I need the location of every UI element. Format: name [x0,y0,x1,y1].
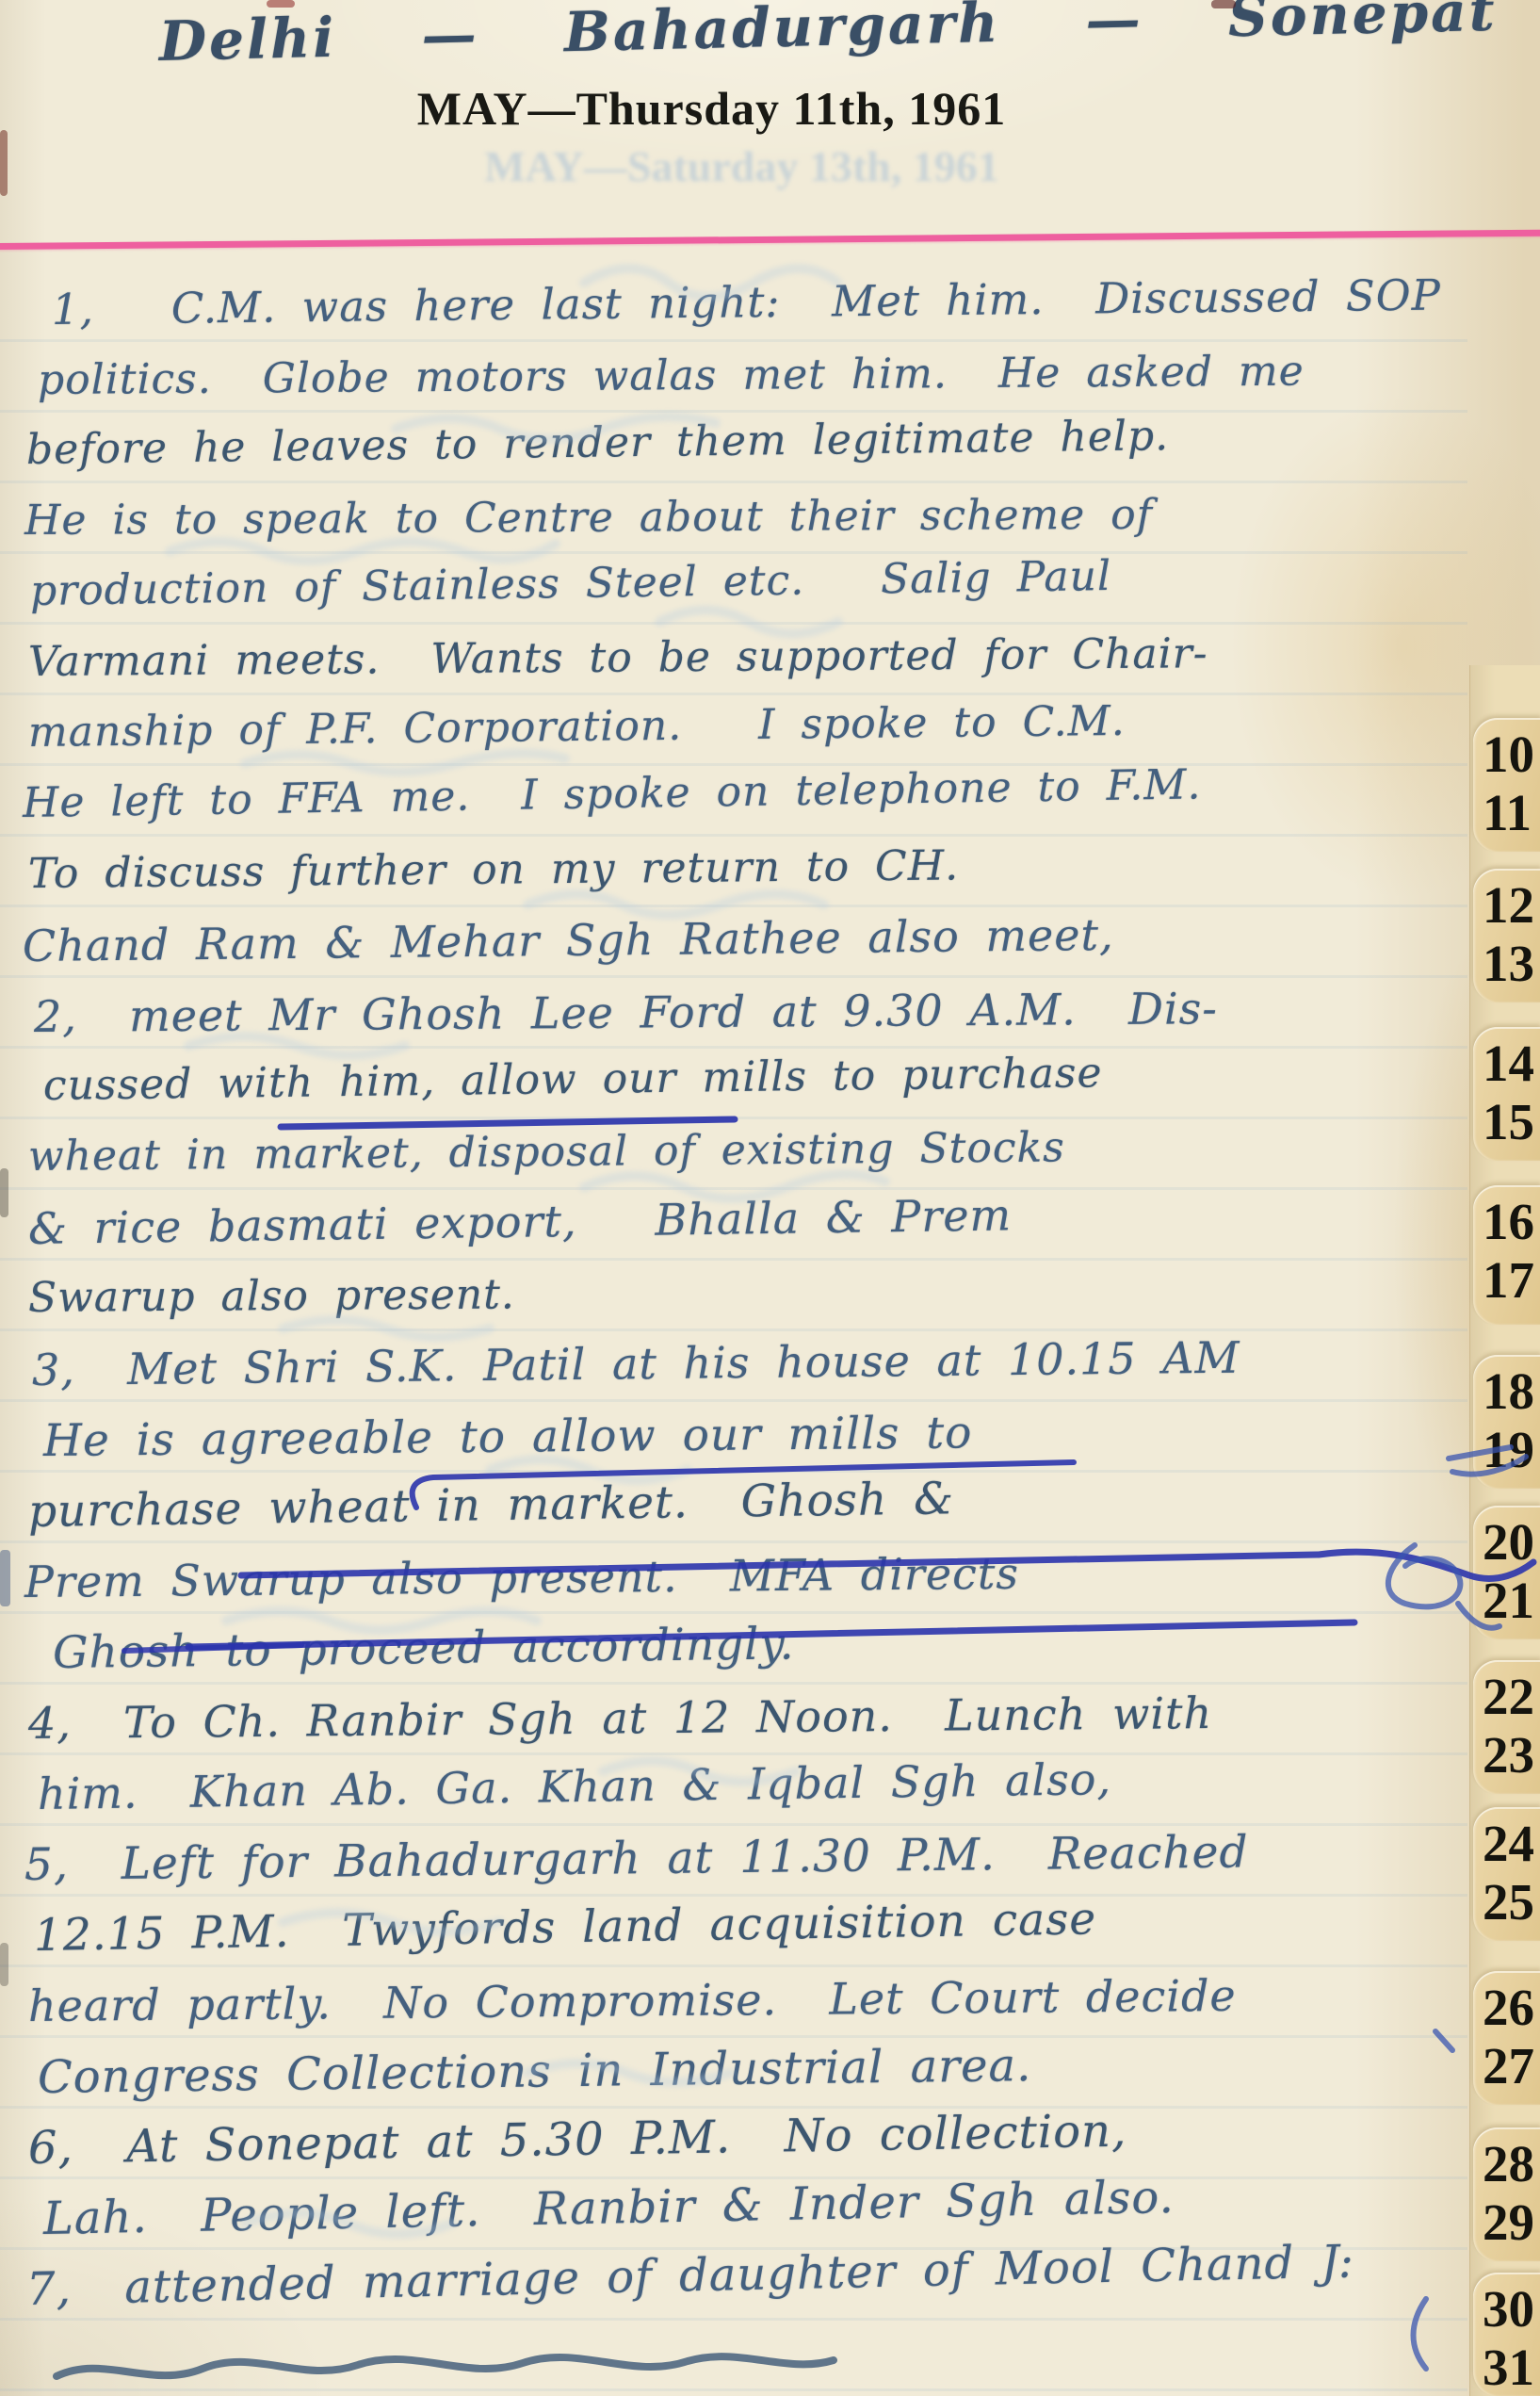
diary-line: 3, Met Shri S.K. Patil at his house at 1… [32,1332,1240,1395]
scribble [1388,1545,1460,1606]
partial-bottom-line-strokes [57,2356,834,2376]
diary-line: production of Stainless Steel etc. Salig… [30,552,1112,615]
tab-number: 18 [1473,1362,1540,1421]
diary-line: 6, At Sonepat at 5.30 P.M. No collection… [28,2105,1127,2175]
diary-line: Chand Ram & Mehar Sgh Rathee also meet, [23,909,1114,971]
pink-rule-line [0,230,1540,250]
tab-number: 27 [1473,2037,1540,2095]
tab-number: 31 [1473,2339,1540,2396]
date-tab-16-17: 1617 [1473,1185,1540,1325]
date-tab-12-13: 1213 [1473,869,1540,1002]
date-tab-28-29: 2829 [1473,2127,1540,2261]
scribble [1435,2031,1452,2050]
diary-line: Varmani meets. Wants to be supported for… [28,629,1208,686]
tab-number: 19 [1473,1421,1540,1479]
ghost-stroke [659,611,838,634]
tab-number: 20 [1473,1513,1540,1572]
tab-number: 26 [1473,1979,1540,2037]
tab-number: 10 [1473,725,1540,784]
diary-line: To discuss further on my return to CH. [28,841,960,898]
edge-ink-mark [0,1550,10,1606]
diary-line: Swarup also present. [28,1270,515,1322]
tab-number: 17 [1473,1251,1540,1310]
diary-line: manship of P.F. Corporation. I spoke to … [28,697,1126,757]
tab-number: 29 [1473,2193,1540,2252]
underline-ghosh-lee-ford [281,1119,735,1127]
tab-number: 30 [1473,2280,1540,2339]
printed-date-header: MAY—Thursday 11th, 1961 [0,81,1482,136]
tab-number: 28 [1473,2135,1540,2193]
diary-line: heard partly. No Compromise. Let Court d… [28,1970,1237,2031]
tab-number: 16 [1473,1193,1540,1251]
diary-line: purchase wheat in market. Ghosh & [28,1473,955,1538]
date-tab-18-19: 1819 [1473,1355,1540,1489]
show-through-date-header: MAY—Saturday 13th, 1961 [0,141,1512,191]
diary-line: & rice basmati export, Bhalla & Prem [28,1189,1013,1254]
tab-number: 14 [1473,1035,1540,1093]
diary-line: politics. Globe motors walas met him. He… [38,348,1305,404]
date-tab-30-31: 3031 [1473,2273,1540,2396]
tab-number: 12 [1473,876,1540,935]
diary-page-scan: Delhi — Bahadurgarh — Sonepat — CH MAY—S… [0,0,1540,2396]
diary-line: 12.15 P.M. Twyfords land acquisition cas… [34,1893,1097,1962]
diary-line: 2, meet Mr Ghosh Lee Ford at 9.30 A.M. D… [34,983,1218,1042]
diary-line: him. Khan Ab. Ga. Khan & Iqbal Sgh also, [38,1753,1112,1819]
tab-number: 21 [1473,1572,1540,1630]
diary-line: Lah. People left. Ranbir & Inder Sgh als… [42,2171,1175,2245]
diary-line: 5, Left for Bahadurgarh at 11.30 P.M. Re… [24,1826,1249,1891]
edge-ink-mark [0,1168,8,1217]
diary-line: He left to FFA me. I spoke on telephone … [23,760,1202,827]
ghost-stroke [170,542,556,561]
diary-line: cussed with him, allow our mills to purc… [43,1049,1103,1110]
diary-line: before he leaves to render them legitima… [26,412,1170,474]
handwritten-route-header: Delhi — Bahadurgarh — Sonepat — CH [158,0,1478,73]
scribble [1414,2299,1427,2369]
diary-line: Ghosh to proceed accordingly. [53,1618,795,1679]
diary-line: 1, C.M. was here last night: Met him. Di… [52,270,1441,334]
tab-number: 24 [1473,1815,1540,1873]
diary-line: Prem Swarup also present. MFA directs [24,1548,1019,1607]
diary-line: He is agreeable to allow our mills to [43,1407,973,1467]
date-tab-22-23: 2223 [1473,1660,1540,1794]
edge-ink-mark [1211,0,1236,8]
date-tab-24-25: 2425 [1473,1807,1540,1941]
ghost-stroke [283,1320,490,1337]
tab-number: 11 [1473,784,1540,842]
partial-stroke [57,2356,834,2376]
edge-ink-mark [0,1943,8,1986]
tab-number: 15 [1473,1093,1540,1151]
date-tab-26-27: 2627 [1473,1971,1540,2105]
diary-line: wheat in market, disposal of existing St… [28,1123,1065,1181]
date-tab-strip: 1011 1213 1415 1617 1819 2021 2223 2425 … [1469,665,1540,2396]
diary-line: 4, To Ch. Ranbir Sgh at 12 Noon. Lunch w… [28,1687,1213,1749]
tab-number: 22 [1473,1668,1540,1726]
edge-ink-mark [0,130,8,196]
diary-line: He is to speak to Centre about their sch… [24,491,1153,545]
edge-ink-mark [267,0,295,8]
diary-line: Congress Collections in Industrial area. [38,2039,1032,2104]
date-tab-14-15: 1415 [1473,1027,1540,1161]
tab-number: 25 [1473,1873,1540,1931]
tab-number: 13 [1473,935,1540,993]
date-tab-10-11: 1011 [1473,718,1540,852]
ghost-stroke [245,754,565,772]
date-tab-20-21: 2021 [1473,1506,1540,1639]
tab-number: 23 [1473,1726,1540,1785]
diary-line: 7, attended marriage of daughter of Mool… [25,2235,1354,2316]
